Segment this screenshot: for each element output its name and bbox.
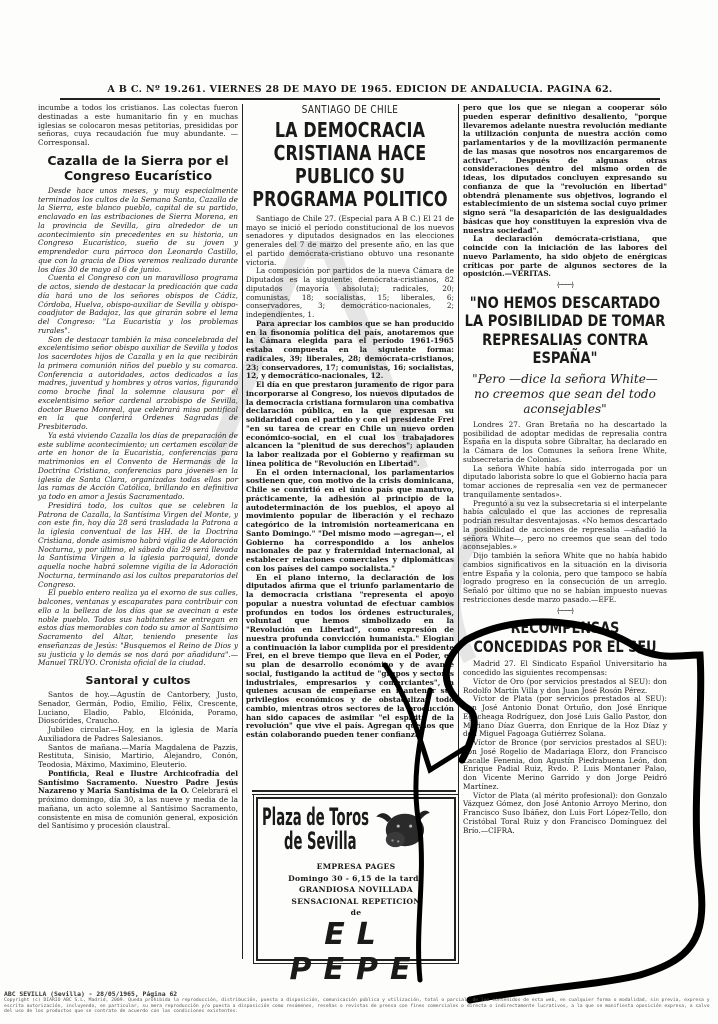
chile-headline: LA DEMOCRACIA CRISTIANA HACE PUBLICO SU … <box>245 119 454 211</box>
article-paragraph: En el plano interno, la declaración de l… <box>246 574 454 740</box>
ad-title: Plaza de Toros de Sevilla <box>262 805 323 853</box>
article-paragraph: Dijo también la señora White que no habí… <box>463 552 667 605</box>
footer-copyright: Copyright (c) DIARIO ABC S.L, Madrid, 20… <box>4 998 716 1015</box>
ad-line: SENSACIONAL REPETICION <box>258 896 454 908</box>
article-paragraph: Víctor de Bronce (por servicios prestado… <box>463 739 667 792</box>
cazalla-headline: Cazalla de la Sierra por el Congreso Euc… <box>38 153 238 183</box>
article-paragraph: El día en que prestaron juramento de rig… <box>246 381 454 469</box>
ad-details: EMPRESA PAGES Domingo 30 - 6,15 de la ta… <box>258 861 454 919</box>
article-paragraph: Desde hace unos meses, y muy especialmen… <box>38 187 238 275</box>
article-paragraph: Londres 27. Gran Bretaña no ha descartad… <box>463 421 667 465</box>
cazalla-article: Desde hace unos meses, y muy especialmen… <box>38 187 238 668</box>
cofradia-paragraph: Pontificia, Real e Ilustre Archicofradía… <box>38 770 238 831</box>
ad-title-line: de Sevilla <box>284 829 323 853</box>
white-subheadline: "Pero —dice la señora White— no creemos … <box>463 372 667 417</box>
article-paragraph: Preguntó a su vez la subsecretaria si el… <box>463 500 667 553</box>
article-paragraph: En el orden internacional, los parlament… <box>246 469 454 574</box>
bullfight-advertisement: Plaza de Toros de Sevilla EMPRESA PAGES … <box>256 797 456 961</box>
ad-headliner: EL PEPE <box>258 917 454 987</box>
ad-separator <box>252 790 456 795</box>
ornament-divider: ⟨────⟩ <box>463 281 667 290</box>
bull-head-icon <box>374 807 432 851</box>
newspaper-page: A B C. Nº 19.261. VIERNES 28 DE MAYO DE … <box>0 0 718 1024</box>
ad-line: GRANDIOSA NOVILLADA <box>258 884 454 896</box>
intro-paragraph: incumbe a todos los cristianos. Las cole… <box>38 104 238 148</box>
masthead-rule <box>60 98 660 100</box>
white-headline: "NO HEMOS DESCARTADO LA POSIBILIDAD DE T… <box>463 294 666 368</box>
right-column: pero que los que se niegan a cooperar só… <box>463 104 667 835</box>
article-paragraph: Para apreciar los cambios que se han pro… <box>246 320 454 381</box>
article-paragraph: Ya está viviendo Cazalla los días de pre… <box>38 432 238 502</box>
column-divider <box>458 104 459 959</box>
footer-title: ABC SEVILLA (Sevilla) - 28/05/1965, Pági… <box>4 990 716 998</box>
article-paragraph: Cuenta el Congreso con un maravilloso pr… <box>38 274 238 335</box>
article-paragraph: La composición por partidos de la nueva … <box>246 267 454 320</box>
article-paragraph: Santiago de Chile 27. (Especial para A B… <box>246 215 454 268</box>
masthead: A B C. Nº 19.261. VIERNES 28 DE MAYO DE … <box>60 84 660 95</box>
column-divider <box>242 104 243 959</box>
ornament-divider: ⟨────⟩ <box>463 607 667 616</box>
santoral-paragraph: Jubileo circular.—Hoy, en la iglesia de … <box>38 726 238 744</box>
ad-title-line: Plaza de Toros <box>262 805 323 829</box>
article-paragraph: Víctor de Oro (por servicios prestados a… <box>463 678 667 696</box>
page-footer: ABC SEVILLA (Sevilla) - 28/05/1965, Pági… <box>4 990 716 1015</box>
santoral-headline: Santoral y cultos <box>38 674 238 687</box>
santoral-paragraph: Santos de hoy.—Agustín de Cantorbery, Ju… <box>38 691 238 726</box>
article-paragraph: Presidirá todo, los cultos que se celebr… <box>38 502 238 590</box>
left-column: incumbe a todos los cristianos. Las cole… <box>38 104 238 831</box>
seu-headline: RECOMPENSAS CONCEDIDAS POR EL SEU <box>465 619 665 656</box>
continuation-paragraph: pero que los que se niegan a cooperar só… <box>463 104 667 235</box>
article-paragraph: Víctor de Plata (por servicios prestados… <box>463 695 667 739</box>
article-paragraph: La señora White había sido interrogada p… <box>463 465 667 500</box>
ad-line: EMPRESA PAGES <box>258 861 454 873</box>
article-paragraph: Son de destacar también la misa conceleb… <box>38 336 238 432</box>
ad-line: Domingo 30 - 6,15 de la tarde <box>258 873 454 885</box>
article-paragraph: Víctor de Plata (al mérito profesional):… <box>463 792 667 836</box>
continuation-paragraph: La declaración demócrata-cristiana, que … <box>463 235 667 279</box>
dateline-kicker: SANTIAGO DE CHILE <box>267 106 433 115</box>
middle-column: SANTIAGO DE CHILE LA DEMOCRACIA CRISTIAN… <box>246 104 454 740</box>
santoral-paragraph: Santos de mañana.—María Magdalena de Paz… <box>38 744 238 770</box>
article-paragraph: Madrid 27. El Sindicato Español Universi… <box>463 660 667 678</box>
article-paragraph: El pueblo entero realiza ya el exorno de… <box>38 589 238 668</box>
